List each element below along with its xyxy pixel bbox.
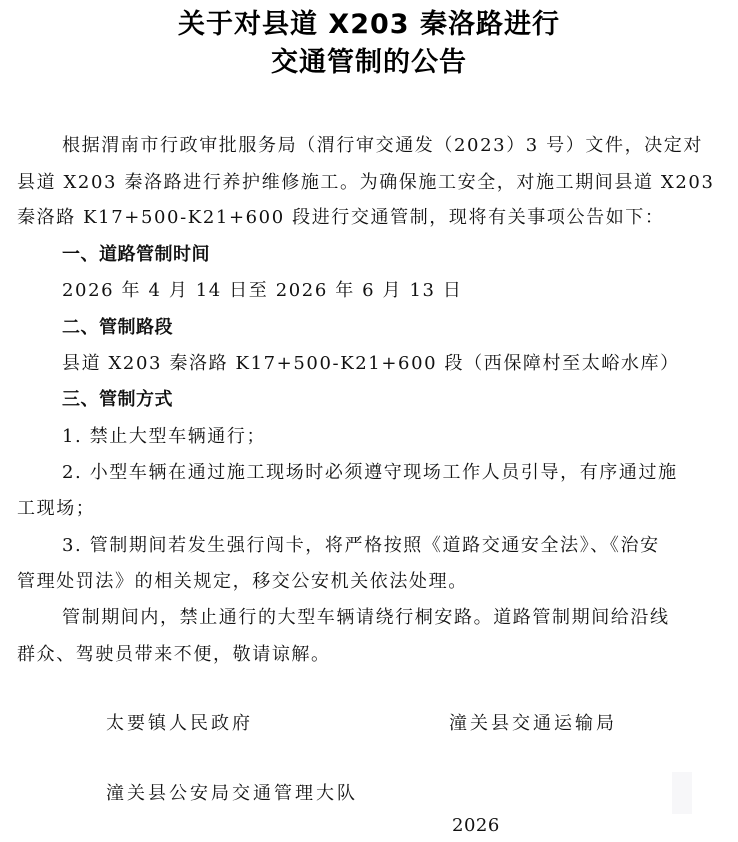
signature-traffic-police: 潼关县公安局交通管理大队: [106, 779, 358, 805]
method-item-3-cont: 管理处罚法》的相关规定，移交公安机关依法处理。: [17, 567, 468, 593]
intro-paragraph-line-3: 秦洛路 K17+500-K21+600 段进行交通管制，现将有关事项公告如下：: [17, 203, 665, 229]
signature-town-government: 太要镇人民政府: [106, 709, 253, 735]
section-text-time: 2026 年 4 月 14 日至 2026 年 6 月 13 日: [62, 276, 462, 302]
closing-line-2: 群众、驾驶员带来不便，敬请谅解。: [17, 640, 331, 666]
intro-paragraph-line-1: 根据渭南市行政审批服务局（渭行审交通发（2023）3 号）文件，决定对: [62, 131, 703, 157]
signature-transport-bureau: 潼关县交通运输局: [449, 709, 617, 735]
intro-paragraph-line-2: 县道 X203 秦洛路进行养护维修施工。为确保施工安全，对施工期间县道 X203: [17, 168, 715, 194]
method-item-3: 3. 管制期间若发生强行闯卡，将严格按照《道路交通安全法》、《治安: [62, 531, 660, 557]
section-text-road: 县道 X203 秦洛路 K17+500-K21+600 段（西保障村至太峪水库）: [62, 349, 680, 375]
method-item-2: 2. 小型车辆在通过施工现场时必须遵守现场工作人员引导，有序通过施: [62, 458, 678, 484]
notice-title-line-1: 关于对县道 X203 秦洛路进行: [0, 2, 738, 41]
method-item-2-cont: 工现场；: [17, 494, 95, 520]
section-heading-time: 一、道路管制时间: [62, 240, 210, 266]
section-heading-method: 三、管制方式: [62, 385, 173, 411]
signature-date: 2026: [452, 815, 500, 836]
method-item-1: 1. 禁止大型车辆通行；: [62, 422, 266, 448]
stamp-fragment: [672, 772, 692, 814]
section-heading-road: 二、管制路段: [62, 313, 173, 339]
notice-title-line-2: 交通管制的公告: [0, 40, 738, 79]
closing-line-1: 管制期间内，禁止通行的大型车辆请绕行桐安路。道路管制期间给沿线: [62, 603, 670, 629]
